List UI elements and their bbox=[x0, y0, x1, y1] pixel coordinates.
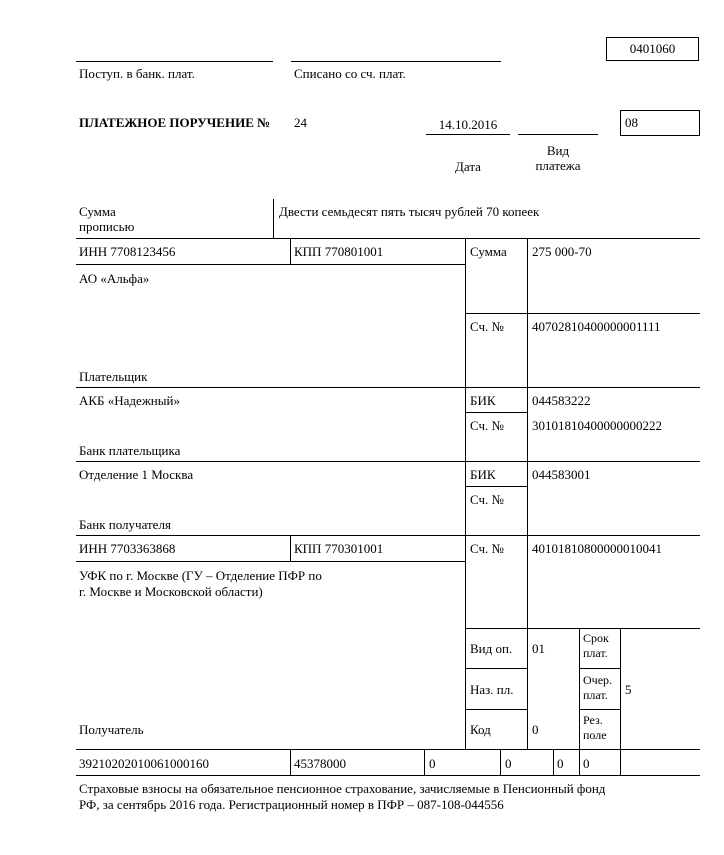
amount-words-label-2: прописью bbox=[79, 219, 134, 234]
grid-line bbox=[465, 709, 527, 710]
recipient-name-2[interactable]: г. Москве и Московской области) bbox=[79, 584, 263, 599]
grid-line bbox=[465, 238, 466, 749]
basis-value[interactable]: 0 bbox=[429, 756, 436, 771]
payer-bank-bik-value[interactable]: 044583222 bbox=[532, 393, 591, 408]
amount-words-value[interactable]: Двести семьдесят пять тысяч рублей 70 ко… bbox=[279, 204, 539, 219]
date-label: Дата bbox=[426, 159, 510, 174]
grid-line bbox=[527, 238, 528, 749]
payer-sum-value[interactable]: 275 000-70 bbox=[532, 244, 592, 259]
due-label-2: плат. bbox=[583, 647, 608, 660]
received-line bbox=[76, 61, 273, 62]
payer-kpp[interactable]: КПП 770801001 bbox=[294, 244, 383, 259]
recipient-inn[interactable]: ИНН 7703363868 bbox=[79, 541, 175, 556]
payer-name[interactable]: АО «Альфа» bbox=[79, 271, 149, 286]
recipient-account-label: Сч. № bbox=[470, 541, 504, 556]
payment-purpose-line-1[interactable]: Страховые взносы на обязательное пенсион… bbox=[79, 781, 605, 796]
grid-line bbox=[465, 486, 527, 487]
payer-bank-account-value[interactable]: 30101810400000000222 bbox=[532, 418, 662, 433]
due-label-1: Срок bbox=[583, 632, 609, 645]
payer-bank-bik-label: БИК bbox=[470, 393, 496, 408]
grid-line bbox=[465, 313, 700, 314]
date-line bbox=[426, 134, 510, 135]
page-title: ПЛАТЕЖНОЕ ПОРУЧЕНИЕ № bbox=[79, 115, 270, 130]
oktmo-value[interactable]: 45378000 bbox=[294, 756, 346, 771]
payer-bank-account-label: Сч. № bbox=[470, 418, 504, 433]
grid-line bbox=[500, 749, 501, 775]
reserve-label-2: поле bbox=[583, 729, 607, 742]
recipient-label: Получатель bbox=[79, 722, 144, 737]
grid-line bbox=[290, 749, 291, 775]
payer-label: Плательщик bbox=[79, 369, 147, 384]
payment-type-label-2: платежа bbox=[518, 158, 598, 173]
payer-bank-label: Банк плательщика bbox=[79, 443, 180, 458]
payment-purpose-line-2[interactable]: РФ, за сентябрь 2016 года. Регистрационн… bbox=[79, 797, 504, 812]
code-label: Код bbox=[470, 722, 491, 737]
grid-line bbox=[76, 387, 700, 388]
grid-line bbox=[465, 412, 527, 413]
order-date[interactable]: 14.10.2016 bbox=[426, 117, 510, 132]
grid-line bbox=[76, 238, 700, 239]
recipient-bank-label: Банк получателя bbox=[79, 517, 171, 532]
payer-inn[interactable]: ИНН 7708123456 bbox=[79, 244, 175, 259]
grid-line bbox=[465, 668, 527, 669]
recipient-name-1[interactable]: УФК по г. Москве (ГУ – Отделение ПФР по bbox=[79, 568, 322, 583]
payer-account-label: Сч. № bbox=[470, 319, 504, 334]
priority-label-1: Очер. bbox=[583, 674, 612, 687]
recipient-bank-name[interactable]: Отделение 1 Москва bbox=[79, 467, 193, 482]
recipient-bank-bik-value[interactable]: 044583001 bbox=[532, 467, 591, 482]
recipient-kpp[interactable]: КПП 770301001 bbox=[294, 541, 383, 556]
grid-line bbox=[76, 775, 700, 776]
grid-line bbox=[424, 749, 425, 775]
form-code: 0401060 bbox=[606, 41, 699, 56]
debited-line bbox=[291, 61, 501, 62]
grid-line bbox=[76, 461, 700, 462]
grid-line bbox=[579, 668, 620, 669]
amount-words-divider bbox=[273, 199, 274, 238]
grid-line bbox=[579, 628, 580, 749]
op-type-value[interactable]: 01 bbox=[532, 641, 545, 656]
grid-line bbox=[579, 709, 620, 710]
grid-line bbox=[76, 561, 465, 562]
kbk-value[interactable]: 39210202010061000160 bbox=[79, 756, 209, 771]
amount-words-label-1: Сумма bbox=[79, 204, 116, 219]
payment-type-label-1: Вид bbox=[518, 143, 598, 158]
received-label: Поступ. в банк. плат. bbox=[79, 66, 195, 81]
grid-line bbox=[620, 628, 621, 749]
payer-bank-name[interactable]: АКБ «Надежный» bbox=[79, 393, 180, 408]
debited-label: Списано со сч. плат. bbox=[294, 66, 406, 81]
grid-line bbox=[465, 628, 700, 629]
priority-value[interactable]: 5 bbox=[625, 682, 632, 697]
priority-label-2: плат. bbox=[583, 689, 608, 702]
reserve-label-1: Рез. bbox=[583, 714, 603, 727]
grid-line bbox=[76, 749, 700, 750]
recipient-bank-bik-label: БИК bbox=[470, 467, 496, 482]
recipient-account-value[interactable]: 40101810800000010041 bbox=[532, 541, 662, 556]
grid-line bbox=[290, 238, 291, 264]
payer-account-value[interactable]: 40702810400000001111 bbox=[532, 319, 661, 334]
recipient-bank-account-label: Сч. № bbox=[470, 492, 504, 507]
grid-line bbox=[76, 264, 465, 265]
code-value[interactable]: 0 bbox=[532, 722, 539, 737]
grid-line bbox=[620, 749, 621, 775]
status-code: 08 bbox=[625, 115, 638, 130]
purpose-code-label: Наз. пл. bbox=[470, 682, 514, 697]
order-number[interactable]: 24 bbox=[294, 115, 307, 130]
grid-line bbox=[76, 535, 700, 536]
grid-line bbox=[553, 749, 554, 775]
grid-line bbox=[579, 749, 580, 775]
op-type-label: Вид оп. bbox=[470, 641, 512, 656]
payer-sum-label: Сумма bbox=[470, 244, 507, 259]
period-value[interactable]: 0 bbox=[505, 756, 512, 771]
doc-number-value[interactable]: 0 bbox=[557, 756, 564, 771]
doc-date-value[interactable]: 0 bbox=[583, 756, 590, 771]
grid-line bbox=[290, 535, 291, 561]
payment-type-line bbox=[518, 134, 598, 135]
